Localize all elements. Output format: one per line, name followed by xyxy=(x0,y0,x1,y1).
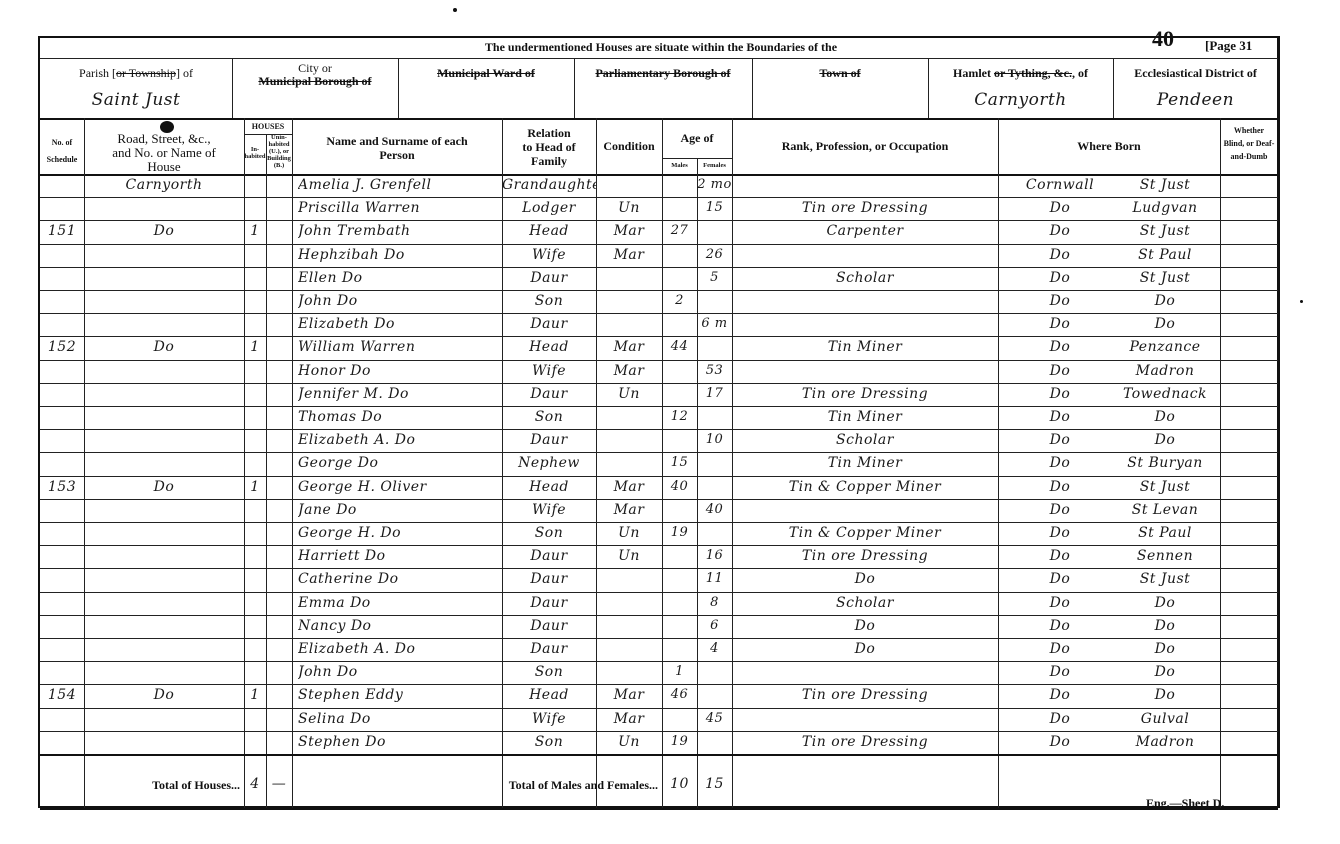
male-age-cell: 12 xyxy=(662,409,697,424)
row-divider xyxy=(40,244,1278,245)
male-age-cell: 46 xyxy=(662,687,697,702)
female-age-cell: 15 xyxy=(697,200,732,215)
born-parish-cell: Do xyxy=(1110,595,1220,611)
born-county-cell: Do xyxy=(1010,734,1110,750)
relation-cell: Head xyxy=(502,687,596,703)
born-county-cell: Do xyxy=(1010,409,1110,425)
scan-speck xyxy=(453,8,457,12)
relation-cell: Son xyxy=(502,525,596,541)
condition-cell: Un xyxy=(596,386,662,402)
schedule-cell: 153 xyxy=(40,479,84,495)
row-divider xyxy=(40,290,1278,291)
table-row: Elizabeth DoDaur6 mDoDo xyxy=(40,316,1278,336)
table-row: Jennifer M. DoDaurUn17Tin ore DressingDo… xyxy=(40,386,1278,406)
table-row: Harriett DoDaurUn16Tin ore DressingDoSen… xyxy=(40,548,1278,568)
name-cell: Selina Do xyxy=(298,711,502,727)
occupation-cell: Do xyxy=(732,641,998,657)
total-males: 10 xyxy=(662,776,697,792)
name-cell: Elizabeth A. Do xyxy=(298,432,502,448)
col-inhabited: In-habited xyxy=(244,146,266,160)
born-county-cell: Do xyxy=(1010,711,1110,727)
condition-cell: Mar xyxy=(596,502,662,518)
born-parish-cell: Do xyxy=(1110,641,1220,657)
born-parish-cell: St Paul xyxy=(1110,525,1220,541)
occupation-cell: Tin Miner xyxy=(732,455,998,471)
name-cell: Emma Do xyxy=(298,595,502,611)
male-age-cell: 40 xyxy=(662,479,697,494)
name-cell: Thomas Do xyxy=(298,409,502,425)
born-parish-cell: St Just xyxy=(1110,177,1220,193)
male-age-cell: 19 xyxy=(662,734,697,749)
relation-cell: Son xyxy=(502,409,596,425)
female-age-cell: 53 xyxy=(697,363,732,378)
female-age-cell: 26 xyxy=(697,247,732,262)
row-divider xyxy=(40,731,1278,732)
table-row: Elizabeth A. DoDaur4DoDoDo xyxy=(40,641,1278,661)
row-divider xyxy=(40,708,1278,709)
relation-cell: Wife xyxy=(502,363,596,379)
name-cell: Harriett Do xyxy=(298,548,502,564)
female-age-cell: 4 xyxy=(697,641,732,656)
col-occupation: Rank, Profession, or Occupation xyxy=(732,139,998,153)
name-cell: Honor Do xyxy=(298,363,502,379)
row-divider xyxy=(40,313,1278,314)
boundary-value-6: Pendeen xyxy=(1113,90,1278,110)
born-parish-cell: Do xyxy=(1110,409,1220,425)
col-condition: Condition xyxy=(596,139,662,153)
inhabited-cell: 1 xyxy=(244,339,266,355)
name-cell: Jane Do xyxy=(298,502,502,518)
female-age-cell: 11 xyxy=(697,571,732,586)
row-divider xyxy=(40,452,1278,453)
row-divider xyxy=(40,197,1278,198)
born-parish-cell: Ludgvan xyxy=(1110,200,1220,216)
born-county-cell: Do xyxy=(1010,664,1110,680)
condition-cell: Mar xyxy=(596,687,662,703)
female-age-cell: 16 xyxy=(697,548,732,563)
born-county-cell: Do xyxy=(1010,479,1110,495)
name-cell: George Do xyxy=(298,455,502,471)
boundary-label-3: Parliamentary Borough of xyxy=(574,66,752,81)
row-divider xyxy=(40,220,1278,221)
relation-cell: Daur xyxy=(502,595,596,611)
table-row: Honor DoWifeMar53DoMadron xyxy=(40,363,1278,383)
col-uninhabited: Unin-habited(U.), orBuilding(B.) xyxy=(266,134,292,169)
male-age-cell: 15 xyxy=(662,455,697,470)
row-divider xyxy=(40,661,1278,662)
row-divider xyxy=(40,267,1278,268)
male-age-cell: 19 xyxy=(662,525,697,540)
boundary-label-4: Town of xyxy=(752,66,928,81)
total-inhabited: 4 xyxy=(244,776,266,792)
total-uninhabited: — xyxy=(266,776,292,792)
born-parish-cell: St Just xyxy=(1110,270,1220,286)
relation-cell: Son xyxy=(502,664,596,680)
schedule-cell: 154 xyxy=(40,687,84,703)
inhabited-cell: 1 xyxy=(244,479,266,495)
occupation-cell: Scholar xyxy=(732,270,998,286)
ink-blot xyxy=(160,121,174,133)
table-row: 151Do1John TrembathHeadMar27CarpenterDoS… xyxy=(40,223,1278,243)
born-county-cell: Do xyxy=(1010,200,1110,216)
name-cell: Catherine Do xyxy=(298,571,502,587)
relation-cell: Lodger xyxy=(502,200,596,216)
relation-cell: Head xyxy=(502,479,596,495)
born-county-cell: Do xyxy=(1010,502,1110,518)
name-cell: Stephen Eddy xyxy=(298,687,502,703)
born-county-cell: Do xyxy=(1010,339,1110,355)
table-row: 152Do1William WarrenHeadMar44Tin MinerDo… xyxy=(40,339,1278,359)
row-divider xyxy=(40,684,1278,685)
boundary-value-5: Carnyorth xyxy=(928,90,1113,110)
table-row: George DoNephew15Tin MinerDoSt Buryan xyxy=(40,455,1278,475)
table-row: Selina DoWifeMar45DoGulval xyxy=(40,711,1278,731)
boundary-value-0: Saint Just xyxy=(40,90,232,110)
table-row: Elizabeth A. DoDaur10ScholarDoDo xyxy=(40,432,1278,452)
male-age-cell: 2 xyxy=(662,293,697,308)
condition-cell: Mar xyxy=(596,223,662,239)
occupation-cell: Tin ore Dressing xyxy=(732,687,998,703)
table-row: Stephen DoSonUn19Tin ore DressingDoMadro… xyxy=(40,734,1278,754)
name-cell: Amelia J. Grenfell xyxy=(298,177,502,193)
boundary-label-0: Parish [or Township] of xyxy=(40,66,232,81)
relation-cell: Daur xyxy=(502,270,596,286)
born-county-cell: Do xyxy=(1010,571,1110,587)
page-heading: The undermentioned Houses are situate wi… xyxy=(40,40,1282,55)
born-county-cell: Do xyxy=(1010,641,1110,657)
name-cell: Elizabeth Do xyxy=(298,316,502,332)
male-age-cell: 27 xyxy=(662,223,697,238)
occupation-cell: Carpenter xyxy=(732,223,998,239)
page-label: [Page 31 xyxy=(1205,38,1252,54)
occupation-cell: Tin ore Dressing xyxy=(732,548,998,564)
born-county-cell: Do xyxy=(1010,223,1110,239)
born-county-cell: Cornwall xyxy=(1010,177,1110,193)
born-parish-cell: Do xyxy=(1110,687,1220,703)
houses-subrule xyxy=(244,134,292,135)
heading-text: The undermentioned Houses are situate wi… xyxy=(485,40,837,54)
table-row: 154Do1Stephen EddyHeadMar46Tin ore Dress… xyxy=(40,687,1278,707)
road-cell: Do xyxy=(84,479,244,495)
road-cell: Carnyorth xyxy=(84,177,244,193)
col-where-born: Where Born xyxy=(998,139,1220,153)
row-divider xyxy=(40,499,1278,500)
condition-cell: Mar xyxy=(596,711,662,727)
boundary-label-5: Hamlet or Tything, &c., of xyxy=(928,66,1113,81)
born-parish-cell: St Paul xyxy=(1110,247,1220,263)
relation-cell: Grandaughter xyxy=(502,177,596,193)
row-divider xyxy=(40,522,1278,523)
relation-cell: Nephew xyxy=(502,455,596,471)
relation-cell: Son xyxy=(502,734,596,750)
row-divider xyxy=(40,336,1278,337)
occupation-cell: Tin ore Dressing xyxy=(732,386,998,402)
relation-cell: Daur xyxy=(502,316,596,332)
relation-cell: Daur xyxy=(502,618,596,634)
condition-cell: Mar xyxy=(596,363,662,379)
header-divider xyxy=(40,174,1278,176)
relation-cell: Daur xyxy=(502,641,596,657)
col-males: Males xyxy=(662,162,697,169)
relation-cell: Wife xyxy=(502,247,596,263)
name-cell: Priscilla Warren xyxy=(298,200,502,216)
name-cell: John Do xyxy=(298,664,502,680)
relation-cell: Son xyxy=(502,293,596,309)
occupation-cell: Tin ore Dressing xyxy=(732,200,998,216)
relation-cell: Daur xyxy=(502,432,596,448)
row-divider xyxy=(40,545,1278,546)
occupation-cell: Tin Miner xyxy=(732,339,998,355)
born-parish-cell: St Just xyxy=(1110,571,1220,587)
condition-cell: Mar xyxy=(596,247,662,263)
row-divider xyxy=(40,592,1278,593)
name-cell: George H. Oliver xyxy=(298,479,502,495)
table-row: Ellen DoDaur5ScholarDoSt Just xyxy=(40,270,1278,290)
row-divider xyxy=(40,568,1278,569)
table-row: George H. DoSonUn19Tin & Copper MinerDoS… xyxy=(40,525,1278,545)
name-cell: Hephzibah Do xyxy=(298,247,502,263)
col-road: Road, Street, &c.,and No. or Name ofHous… xyxy=(84,132,244,174)
born-county-cell: Do xyxy=(1010,316,1110,332)
total-houses-label: Total of Houses... xyxy=(40,778,240,793)
table-row: Priscilla WarrenLodgerUn15Tin ore Dressi… xyxy=(40,200,1278,220)
col-schedule: No. ofSchedule xyxy=(40,138,84,164)
born-parish-cell: St Levan xyxy=(1110,502,1220,518)
row-divider xyxy=(40,429,1278,430)
born-parish-cell: Do xyxy=(1110,316,1220,332)
total-persons-label: Total of Males and Females... xyxy=(292,778,658,793)
scan-speck xyxy=(1300,300,1303,303)
occupation-cell: Tin ore Dressing xyxy=(732,734,998,750)
condition-cell: Un xyxy=(596,525,662,541)
born-parish-cell: Penzance xyxy=(1110,339,1220,355)
female-age-cell: 45 xyxy=(697,711,732,726)
female-age-cell: 2 mo xyxy=(697,177,732,192)
schedule-cell: 151 xyxy=(40,223,84,239)
table-row: John DoSon2DoDo xyxy=(40,293,1278,313)
table-row: Nancy DoDaur6DoDoDo xyxy=(40,618,1278,638)
row-divider xyxy=(40,406,1278,407)
born-parish-cell: St Just xyxy=(1110,479,1220,495)
row-divider xyxy=(40,615,1278,616)
occupation-cell: Scholar xyxy=(732,432,998,448)
female-age-cell: 8 xyxy=(697,595,732,610)
born-parish-cell: Sennen xyxy=(1110,548,1220,564)
road-cell: Do xyxy=(84,687,244,703)
condition-cell: Mar xyxy=(596,339,662,355)
name-cell: John Trembath xyxy=(298,223,502,239)
row-divider xyxy=(40,754,1278,756)
table-row: Hephzibah DoWifeMar26DoSt Paul xyxy=(40,247,1278,267)
col-blind: WhetherBlind, or Deaf-and-Dumb xyxy=(1220,126,1278,161)
col-houses: HOUSES xyxy=(244,122,292,131)
census-page: The undermentioned Houses are situate wi… xyxy=(38,36,1280,808)
table-row: Jane DoWifeMar40DoSt Levan xyxy=(40,502,1278,522)
occupation-cell: Scholar xyxy=(732,595,998,611)
divider xyxy=(40,58,1278,59)
col-females: Females xyxy=(697,162,732,169)
relation-cell: Head xyxy=(502,339,596,355)
born-county-cell: Do xyxy=(1010,595,1110,611)
col-relation: Relationto Head ofFamily xyxy=(502,126,596,168)
name-cell: Nancy Do xyxy=(298,618,502,634)
name-cell: John Do xyxy=(298,293,502,309)
divider xyxy=(40,118,1278,120)
born-county-cell: Do xyxy=(1010,618,1110,634)
table-row: 153Do1George H. OliverHeadMar40Tin & Cop… xyxy=(40,479,1278,499)
folio-number: 40 xyxy=(1152,26,1174,52)
col-age: Age of xyxy=(662,131,732,145)
inhabited-cell: 1 xyxy=(244,223,266,239)
born-county-cell: Do xyxy=(1010,363,1110,379)
inhabited-cell: 1 xyxy=(244,687,266,703)
boundary-label-1: City orMunicipal Borough of xyxy=(232,62,398,88)
born-county-cell: Do xyxy=(1010,548,1110,564)
born-parish-cell: Do xyxy=(1110,432,1220,448)
born-county-cell: Do xyxy=(1010,293,1110,309)
name-cell: Stephen Do xyxy=(298,734,502,750)
road-cell: Do xyxy=(84,223,244,239)
boundary-label-2: Municipal Ward of xyxy=(398,66,574,81)
sheet-footer: Eng.—Sheet D. xyxy=(1146,796,1224,811)
relation-cell: Head xyxy=(502,223,596,239)
occupation-cell: Do xyxy=(732,571,998,587)
relation-cell: Daur xyxy=(502,386,596,402)
born-county-cell: Do xyxy=(1010,247,1110,263)
condition-cell: Un xyxy=(596,200,662,216)
female-age-cell: 10 xyxy=(697,432,732,447)
row-divider xyxy=(40,383,1278,384)
female-age-cell: 17 xyxy=(697,386,732,401)
name-cell: George H. Do xyxy=(298,525,502,541)
born-parish-cell: Do xyxy=(1110,664,1220,680)
relation-cell: Daur xyxy=(502,548,596,564)
female-age-cell: 5 xyxy=(697,270,732,285)
born-county-cell: Do xyxy=(1010,687,1110,703)
born-parish-cell: Madron xyxy=(1110,734,1220,750)
table-row: Thomas DoSon12Tin MinerDoDo xyxy=(40,409,1278,429)
road-cell: Do xyxy=(84,339,244,355)
born-county-cell: Do xyxy=(1010,525,1110,541)
born-county-cell: Do xyxy=(1010,386,1110,402)
occupation-cell: Tin Miner xyxy=(732,409,998,425)
female-age-cell: 6 m xyxy=(697,316,732,331)
row-divider xyxy=(40,638,1278,639)
table-row: John DoSon1DoDo xyxy=(40,664,1278,684)
name-cell: Jennifer M. Do xyxy=(298,386,502,402)
name-cell: Elizabeth A. Do xyxy=(298,641,502,657)
born-county-cell: Do xyxy=(1010,432,1110,448)
page-bottom xyxy=(40,808,1278,810)
boundary-label-6: Ecclesiastical District of xyxy=(1113,66,1278,81)
born-county-cell: Do xyxy=(1010,455,1110,471)
relation-cell: Daur xyxy=(502,571,596,587)
born-parish-cell: St Just xyxy=(1110,223,1220,239)
female-age-cell: 40 xyxy=(697,502,732,517)
occupation-cell: Tin & Copper Miner xyxy=(732,525,998,541)
condition-cell: Un xyxy=(596,734,662,750)
table-row: Catherine DoDaur11DoDoSt Just xyxy=(40,571,1278,591)
col-name: Name and Surname of eachPerson xyxy=(292,134,502,162)
born-parish-cell: Do xyxy=(1110,293,1220,309)
condition-cell: Mar xyxy=(596,479,662,495)
occupation-cell: Do xyxy=(732,618,998,634)
row-divider xyxy=(40,360,1278,361)
born-parish-cell: Do xyxy=(1110,618,1220,634)
row-divider xyxy=(40,476,1278,477)
name-cell: Ellen Do xyxy=(298,270,502,286)
born-county-cell: Do xyxy=(1010,270,1110,286)
female-age-cell: 6 xyxy=(697,618,732,633)
male-age-cell: 44 xyxy=(662,339,697,354)
born-parish-cell: Towednack xyxy=(1110,386,1220,402)
relation-cell: Wife xyxy=(502,502,596,518)
schedule-cell: 152 xyxy=(40,339,84,355)
born-parish-cell: Gulval xyxy=(1110,711,1220,727)
name-cell: William Warren xyxy=(298,339,502,355)
table-row: Emma DoDaur8ScholarDoDo xyxy=(40,595,1278,615)
born-parish-cell: St Buryan xyxy=(1110,455,1220,471)
total-females: 15 xyxy=(697,776,732,792)
occupation-cell: Tin & Copper Miner xyxy=(732,479,998,495)
male-age-cell: 1 xyxy=(662,664,697,679)
born-parish-cell: Madron xyxy=(1110,363,1220,379)
condition-cell: Un xyxy=(596,548,662,564)
relation-cell: Wife xyxy=(502,711,596,727)
table-row: CarnyorthAmelia J. GrenfellGrandaughter2… xyxy=(40,177,1278,197)
